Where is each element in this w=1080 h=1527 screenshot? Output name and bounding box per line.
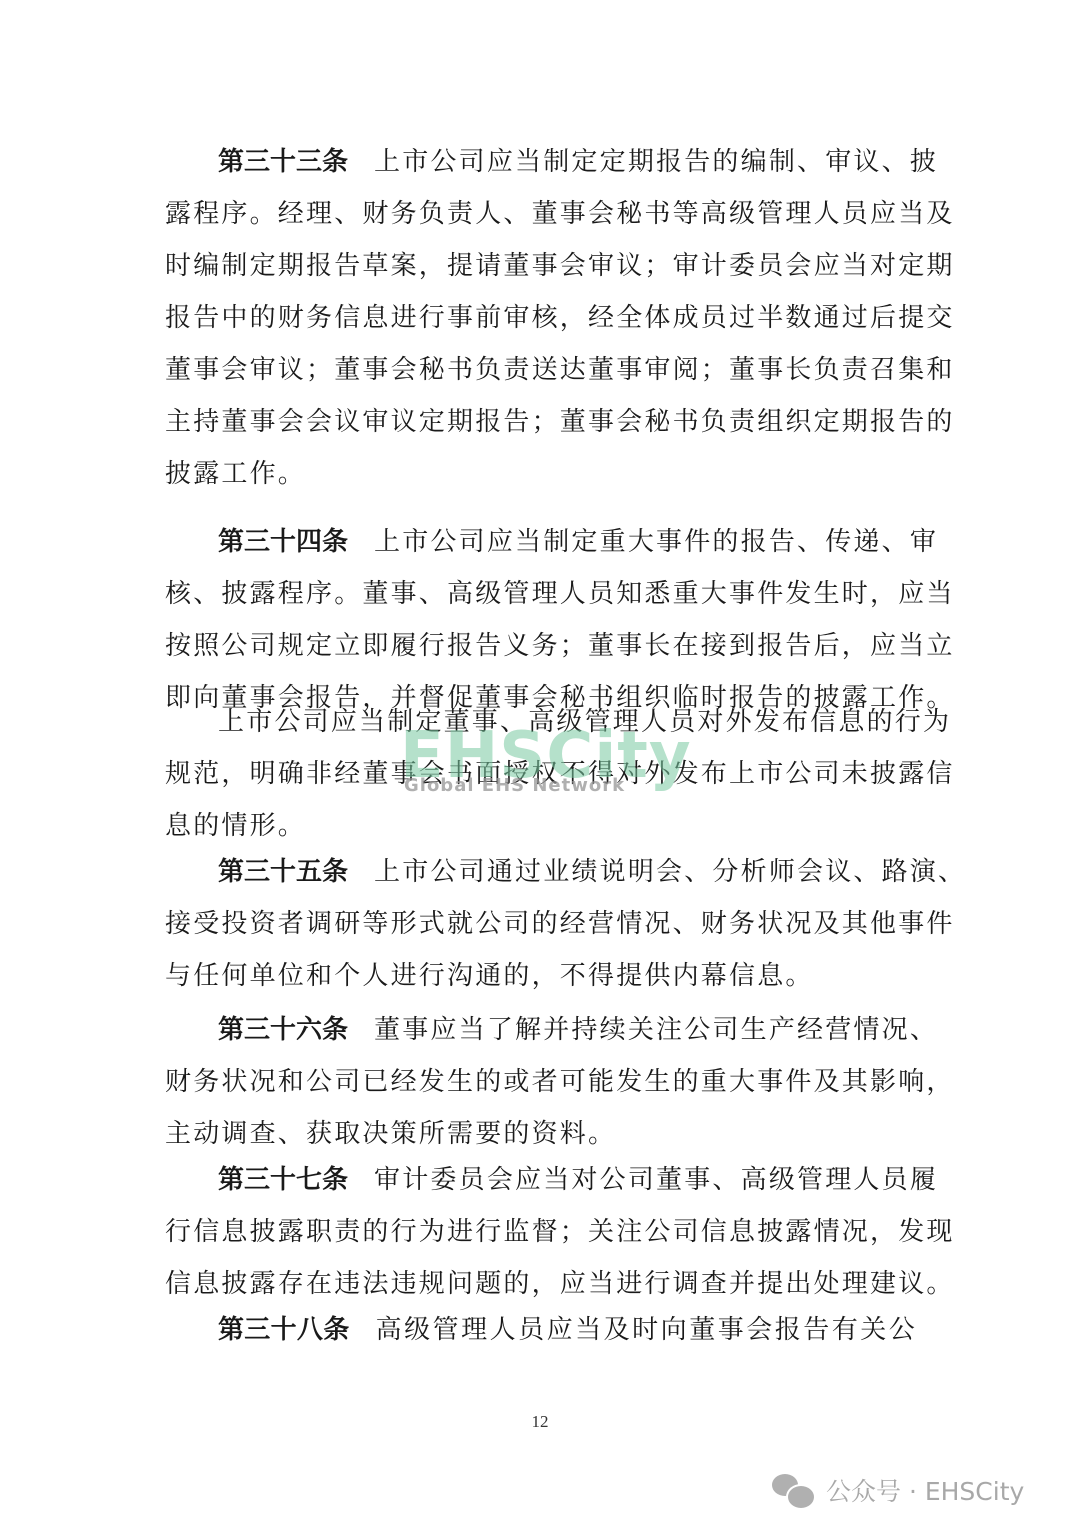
paragraph-line: 时编制定期报告草案，提请董事会审议；审计委员会应当对定期 [165,240,917,292]
paragraph-line: 财务状况和公司已经发生的或者可能发生的重大事件及其影响， [165,1056,917,1108]
paragraph-line: 规范，明确非经董事会书面授权不得对外发布上市公司未披露信 [165,748,917,800]
paragraph-line: 董事会审议；董事会秘书负责送达董事审阅；董事长负责召集和 [165,344,917,396]
wechat-icon [772,1472,816,1508]
paragraph-line: 第三十三条上市公司应当制定定期报告的编制、审议、披 [218,136,917,188]
paragraph-line: 报告中的财务信息进行事前审核，经全体成员过半数通过后提交 [165,292,917,344]
paragraph-line: 上市公司应当制定董事、高级管理人员对外发布信息的行为 [218,696,917,748]
article-heading: 第三十四条 [218,527,348,557]
paragraph-line: 披露工作。 [165,448,917,500]
paragraph-line: 接受投资者调研等形式就公司的经营情况、财务状况及其他事件 [165,898,917,950]
article-heading: 第三十六条 [218,1015,348,1045]
paragraph-line: 第三十六条董事应当了解并持续关注公司生产经营情况、 [218,1004,917,1056]
paragraph-line: 第三十八条高级管理人员应当及时向董事会报告有关公 [218,1304,917,1356]
document-page: 第三十三条上市公司应当制定定期报告的编制、审议、披 露程序。经理、财务负责人、董… [0,0,1080,1527]
paragraph-line: 行信息披露职责的行为进行监督；关注公司信息披露情况，发现 [165,1206,917,1258]
wechat-attribution: 公众号 · EHSCity [772,1470,1024,1510]
paragraph-line: 信息披露存在违法违规问题的，应当进行调查并提出处理建议。 [165,1258,917,1310]
paragraph-line: 第三十五条上市公司通过业绩说明会、分析师会议、路演、 [218,846,917,898]
article-heading: 第三十五条 [218,857,348,887]
paragraph-line: 与任何单位和个人进行沟通的，不得提供内幕信息。 [165,950,917,1002]
article-heading: 第三十七条 [218,1165,348,1195]
paragraph-line: 主动调查、获取决策所需要的资料。 [165,1108,917,1160]
paragraph-line: 核、披露程序。董事、高级管理人员知悉重大事件发生时，应当 [165,568,917,620]
paragraph-line: 主持董事会会议审议定期报告；董事会秘书负责组织定期报告的 [165,396,917,448]
paragraph-line: 第三十四条上市公司应当制定重大事件的报告、传递、审 [218,516,917,568]
footer-label: 公众号 · EHSCity [826,1472,1024,1508]
paragraph-line: 按照公司规定立即履行报告义务；董事长在接到报告后，应当立 [165,620,917,672]
page-number: 12 [0,1412,1080,1432]
paragraph-line: 第三十七条审计委员会应当对公司董事、高级管理人员履 [218,1154,917,1206]
article-heading: 第三十八条 [218,1315,350,1345]
paragraph-line: 息的情形。 [165,800,917,852]
paragraph-line: 露程序。经理、财务负责人、董事会秘书等高级管理人员应当及 [165,188,917,240]
article-heading: 第三十三条 [218,147,348,177]
